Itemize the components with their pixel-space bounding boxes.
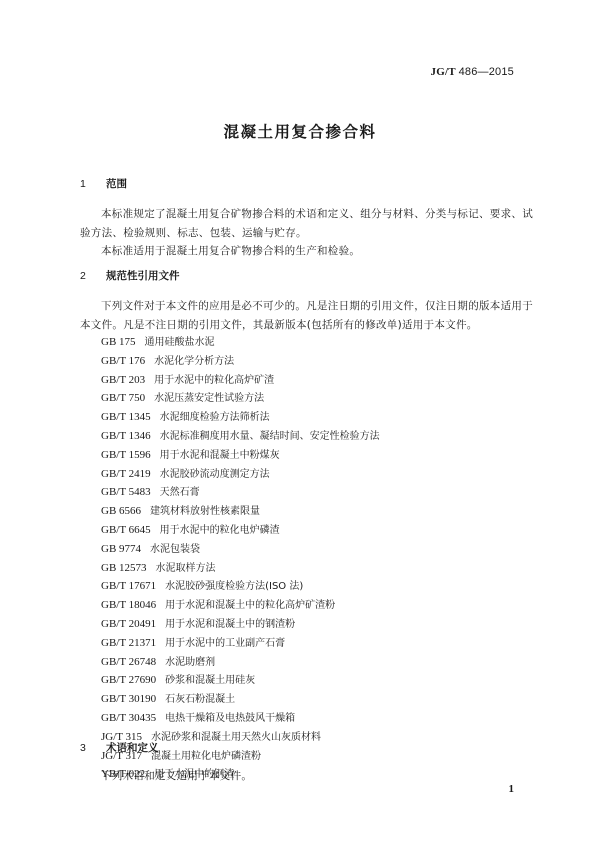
reference-code: GB/T 26748: [101, 656, 156, 668]
standard-prefix: JG/T: [431, 66, 456, 78]
reference-code: GB/T 5483: [101, 486, 151, 498]
section-number: 3: [80, 742, 106, 754]
reference-item: GB/T 30190石灰石粉混凝土: [101, 690, 380, 709]
section-title: 术语和定义: [106, 742, 159, 754]
normative-references-intro: 下列文件对于本文件的应用是必不可少的。凡是注日期的引用文件，仅注日期的版本适用于…: [80, 297, 540, 334]
reference-title: 砂浆和混凝土用硅灰: [165, 675, 255, 686]
reference-item: GB/T 1596用于水泥和混凝土中粉煤灰: [101, 446, 380, 465]
reference-title: 天然石膏: [160, 487, 200, 498]
reference-title: 用于水泥中的粒化高炉矿渣: [154, 375, 274, 386]
reference-code: GB/T 203: [101, 374, 145, 386]
standard-number: 486—2015: [459, 66, 514, 78]
reference-code: GB/T 30435: [101, 712, 156, 724]
reference-item: GB 175通用硅酸盐水泥: [101, 333, 380, 352]
section-2-heading: 2规范性引用文件: [80, 268, 180, 283]
document-title: 混凝土用复合掺合料: [0, 120, 600, 142]
reference-list: GB 175通用硅酸盐水泥GB/T 176水泥化学分析方法GB/T 203用于水…: [101, 333, 380, 784]
reference-title: 用于水泥和混凝土中粉煤灰: [160, 450, 280, 461]
reference-code: GB 12573: [101, 562, 147, 574]
reference-item: GB/T 27690砂浆和混凝土用硅灰: [101, 671, 380, 690]
section-3-heading: 3术语和定义: [80, 740, 159, 755]
reference-item: GB/T 26748水泥助磨剂: [101, 653, 380, 672]
reference-code: GB/T 176: [101, 355, 145, 367]
reference-title: 混凝土用粒化电炉磷渣粉: [151, 751, 261, 762]
reference-item: GB/T 176水泥化学分析方法: [101, 352, 380, 371]
reference-item: GB 6566建筑材料放射性核素限量: [101, 502, 380, 521]
scope-paragraph-2: 本标准适用于混凝土用复合矿物掺合料的生产和检验。: [80, 242, 540, 261]
reference-item: GB/T 17671水泥胶砂强度检验方法(ISO 法): [101, 577, 380, 596]
reference-code: GB/T 750: [101, 392, 145, 404]
reference-title: 水泥化学分析方法: [154, 356, 234, 367]
reference-title: 用于水泥和混凝土中的粒化高炉矿渣粉: [165, 600, 335, 611]
reference-code: GB/T 30190: [101, 693, 156, 705]
reference-code: GB 9774: [101, 543, 141, 555]
scope-paragraph-1: 本标准规定了混凝土用复合矿物掺合料的术语和定义、组分与材料、分类与标记、要求、试…: [80, 205, 540, 242]
reference-title: 用于水泥中的工业副产石膏: [165, 638, 285, 649]
reference-title: 建筑材料放射性核素限量: [150, 506, 260, 517]
reference-title: 水泥细度检验方法筛析法: [160, 412, 270, 423]
reference-code: GB/T 6645: [101, 524, 151, 536]
reference-title: 水泥砂浆和混凝土用天然火山灰质材料: [151, 732, 321, 743]
reference-title: 水泥胶砂强度检验方法(ISO 法): [165, 581, 303, 592]
reference-item: GB/T 6645用于水泥中的粒化电炉磷渣: [101, 521, 380, 540]
reference-title: 水泥压蒸安定性试验方法: [154, 393, 264, 404]
reference-code: GB 175: [101, 336, 136, 348]
reference-item: GB 12573水泥取样方法: [101, 559, 380, 578]
reference-code: GB/T 27690: [101, 674, 156, 686]
reference-title: 水泥包装袋: [150, 544, 200, 555]
section-number: 1: [80, 178, 106, 190]
reference-code: GB/T 17671: [101, 580, 156, 592]
reference-title: 水泥取样方法: [156, 563, 216, 574]
section-number: 2: [80, 270, 106, 282]
reference-title: 石灰石粉混凝土: [165, 694, 235, 705]
terms-intro-paragraph: 下列术语和定义适用于本文件。: [80, 767, 540, 786]
reference-code: GB/T 1596: [101, 449, 151, 461]
reference-item: GB/T 750水泥压蒸安定性试验方法: [101, 389, 380, 408]
section-title: 规范性引用文件: [106, 270, 180, 282]
reference-item: GB/T 1346水泥标准稠度用水量、凝结时间、安定性检验方法: [101, 427, 380, 446]
reference-code: GB/T 1345: [101, 411, 151, 423]
reference-item: GB/T 18046用于水泥和混凝土中的粒化高炉矿渣粉: [101, 596, 380, 615]
reference-title: 电热干燥箱及电热鼓风干燥箱: [165, 713, 295, 724]
reference-item: GB/T 2419水泥胶砂流动度测定方法: [101, 465, 380, 484]
reference-item: GB/T 30435电热干燥箱及电热鼓风干燥箱: [101, 709, 380, 728]
reference-code: GB/T 1346: [101, 430, 151, 442]
reference-code: GB 6566: [101, 505, 141, 517]
reference-item: GB/T 21371用于水泥中的工业副产石膏: [101, 634, 380, 653]
reference-title: 水泥助磨剂: [165, 657, 215, 668]
reference-item: GB/T 203用于水泥中的粒化高炉矿渣: [101, 371, 380, 390]
reference-code: GB/T 21371: [101, 637, 156, 649]
reference-item: GB/T 20491用于水泥和混凝土中的钢渣粉: [101, 615, 380, 634]
section-title: 范围: [106, 178, 127, 190]
reference-title: 通用硅酸盐水泥: [145, 337, 215, 348]
reference-code: GB/T 20491: [101, 618, 156, 630]
reference-code: GB/T 18046: [101, 599, 156, 611]
reference-item: GB/T 1345水泥细度检验方法筛析法: [101, 408, 380, 427]
reference-title: 水泥标准稠度用水量、凝结时间、安定性检验方法: [160, 431, 380, 442]
section-1-heading: 1范围: [80, 176, 127, 191]
reference-item: GB/T 5483天然石膏: [101, 483, 380, 502]
reference-title: 水泥胶砂流动度测定方法: [160, 469, 270, 480]
page-number: 1: [509, 783, 515, 795]
reference-item: GB 9774水泥包装袋: [101, 540, 380, 559]
reference-code: GB/T 2419: [101, 468, 151, 480]
standard-code: JG/T 486—2015: [431, 66, 514, 78]
reference-title: 用于水泥和混凝土中的钢渣粉: [165, 619, 295, 630]
reference-title: 用于水泥中的粒化电炉磷渣: [160, 525, 280, 536]
